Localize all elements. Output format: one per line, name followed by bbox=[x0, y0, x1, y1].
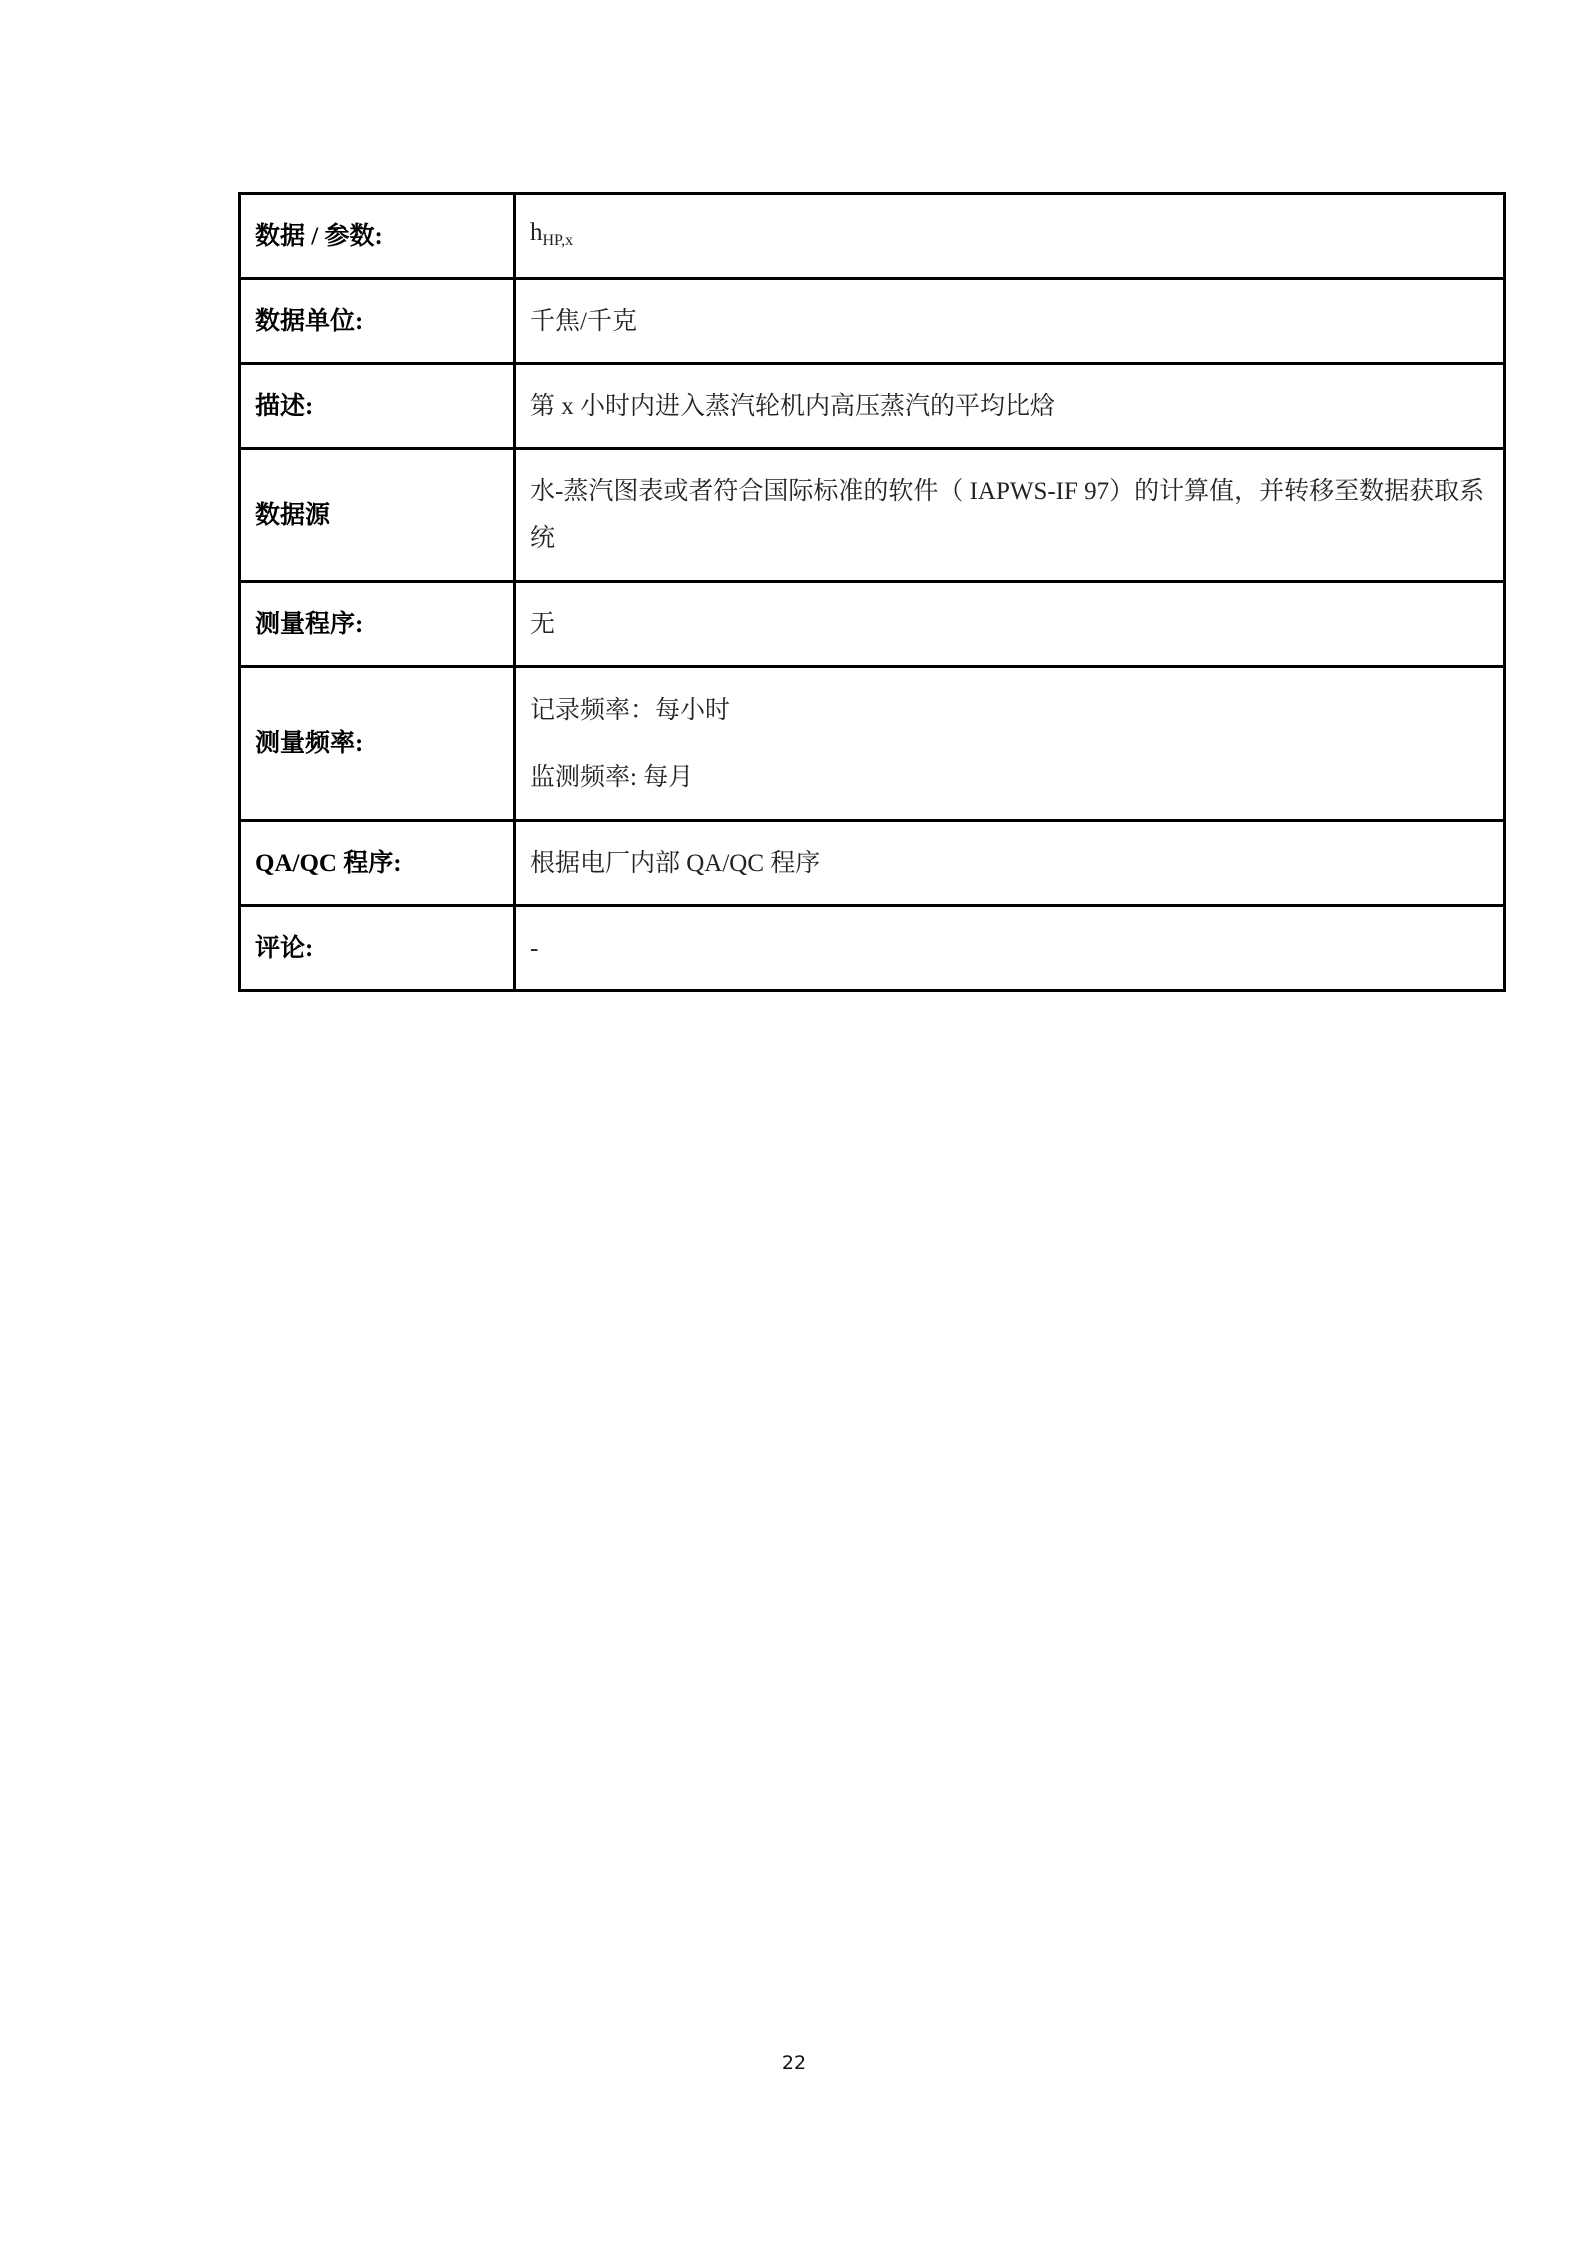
value-qa-qc: 根据电厂内部 QA/QC 程序 bbox=[515, 821, 1505, 906]
parameter-symbol: h bbox=[530, 219, 543, 246]
table-row-data-source: 数据源 水-蒸汽图表或者符合国际标准的软件（ IAPWS-IF 97）的计算值，… bbox=[240, 449, 1505, 582]
table-row-description: 描述: 第 x 小时内进入蒸汽轮机内高压蒸汽的平均比焓 bbox=[240, 364, 1505, 449]
page-number: 22 bbox=[0, 2052, 1588, 2074]
recording-frequency: 记录频率：每小时 bbox=[530, 687, 1489, 734]
parameter-table: 数据 / 参数: hHP,x 数据单位: 千焦/千克 描述: 第 x 小时内进入… bbox=[238, 192, 1506, 992]
label-comment: 评论: bbox=[240, 906, 515, 991]
label-measurement-frequency: 测量频率: bbox=[240, 667, 515, 821]
table-row-measurement-frequency: 测量频率: 记录频率：每小时 监测频率: 每月 bbox=[240, 667, 1505, 821]
table-row-comment: 评论: - bbox=[240, 906, 1505, 991]
label-qa-qc: QA/QC 程序: bbox=[240, 821, 515, 906]
label-parameter: 数据 / 参数: bbox=[240, 194, 515, 279]
table-row-measurement-procedure: 测量程序: 无 bbox=[240, 582, 1505, 667]
label-description: 描述: bbox=[240, 364, 515, 449]
table-row-qa-qc: QA/QC 程序: 根据电厂内部 QA/QC 程序 bbox=[240, 821, 1505, 906]
value-unit: 千焦/千克 bbox=[515, 279, 1505, 364]
label-measurement-procedure: 测量程序: bbox=[240, 582, 515, 667]
table-row-unit: 数据单位: 千焦/千克 bbox=[240, 279, 1505, 364]
parameter-subscript: HP,x bbox=[543, 232, 574, 249]
value-data-source: 水-蒸汽图表或者符合国际标准的软件（ IAPWS-IF 97）的计算值，并转移至… bbox=[515, 449, 1505, 582]
label-data-source: 数据源 bbox=[240, 449, 515, 582]
monitoring-frequency: 监测频率: 每月 bbox=[530, 754, 1489, 801]
value-measurement-procedure: 无 bbox=[515, 582, 1505, 667]
value-comment: - bbox=[515, 906, 1505, 991]
value-description: 第 x 小时内进入蒸汽轮机内高压蒸汽的平均比焓 bbox=[515, 364, 1505, 449]
table-row-parameter: 数据 / 参数: hHP,x bbox=[240, 194, 1505, 279]
document-page: 数据 / 参数: hHP,x 数据单位: 千焦/千克 描述: 第 x 小时内进入… bbox=[0, 0, 1588, 2245]
label-unit: 数据单位: bbox=[240, 279, 515, 364]
value-parameter: hHP,x bbox=[515, 194, 1505, 279]
value-measurement-frequency: 记录频率：每小时 监测频率: 每月 bbox=[515, 667, 1505, 821]
